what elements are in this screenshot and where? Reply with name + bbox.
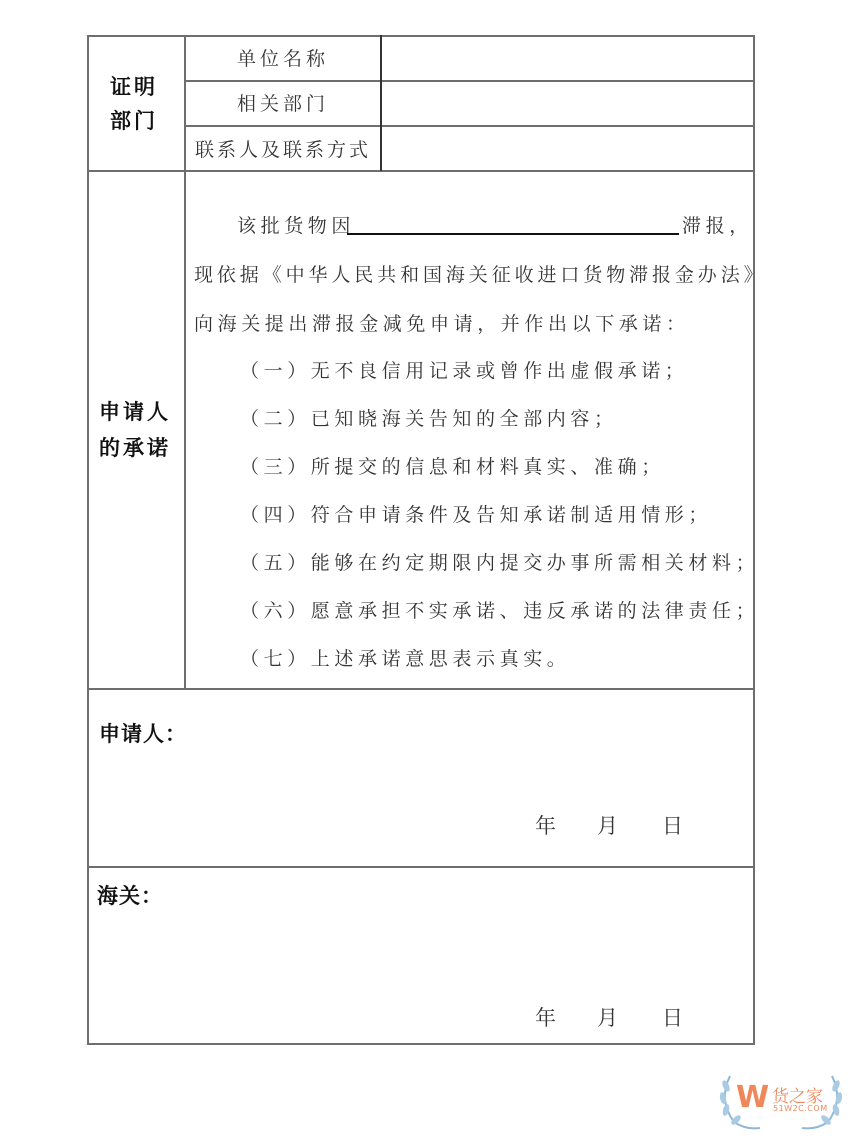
table-border-right [753, 35, 755, 1045]
header-line: 部门 [110, 104, 158, 138]
commitment-line3: 向海关提出滞报金减免申请，并作出以下承诺： [194, 309, 690, 336]
field-unit-name[interactable] [383, 37, 752, 79]
commitment-line2: 现依据《中华人民共和国海关征收进口货物滞报金办法》 [194, 260, 767, 287]
commitment-item: （三）所提交的信息和材料真实、准确； [240, 452, 665, 479]
label-related-dept: 相关部门 [186, 89, 380, 116]
column-divider [380, 35, 382, 171]
label-contact: 联系人及联系方式 [186, 135, 380, 162]
reason-blank-line[interactable] [347, 233, 679, 235]
section-divider [87, 866, 755, 868]
applicant-label: 申请人： [99, 718, 187, 748]
customs-date-month: 月 [597, 1002, 618, 1032]
column-divider [184, 35, 186, 690]
header-line: 的承诺 [99, 430, 171, 466]
certifying-dept-header: 证明 部门 [110, 70, 158, 138]
commitment-header: 申请人 的承诺 [99, 394, 171, 466]
section-divider [87, 688, 755, 690]
field-contact[interactable] [383, 127, 752, 169]
watermark-logo: W 货之家 51W2C.COM [716, 1072, 846, 1132]
applicant-date-day: 日 [662, 810, 683, 840]
header-line: 申请人 [99, 394, 171, 430]
applicant-date-year: 年 [535, 810, 556, 840]
commitment-intro-prefix: 该批货物因 [237, 211, 355, 238]
applicant-date-month: 月 [597, 810, 618, 840]
watermark-domain: 51W2C.COM [773, 1104, 828, 1113]
commitment-item: （二）已知晓海关告知的全部内容； [240, 404, 618, 431]
customs-date-year: 年 [535, 1002, 556, 1032]
commitment-item: （五）能够在约定期限内提交办事所需相关材料； [240, 548, 759, 575]
customs-date-day: 日 [662, 1002, 683, 1032]
watermark-w-letter: W [736, 1080, 769, 1115]
customs-signature-area[interactable] [200, 920, 740, 980]
commitment-item: （六）愿意承担不实承诺、违反承诺的法律责任； [240, 596, 759, 623]
applicant-signature-area[interactable] [200, 750, 740, 800]
table-border-left [87, 35, 89, 1045]
commitment-item: （四）符合申请条件及告知承诺制适用情形； [240, 500, 712, 527]
table-border-bottom [87, 1043, 755, 1045]
customs-label: 海关： [97, 880, 163, 910]
commitment-item: （一）无不良信用记录或曾作出虚假承诺； [240, 356, 688, 383]
commitment-item: （七）上述承诺意思表示真实。 [240, 644, 570, 671]
commitment-intro-suffix: 滞报， [682, 211, 753, 238]
section-divider [87, 170, 755, 172]
field-related-dept[interactable] [383, 82, 752, 124]
label-unit-name: 单位名称 [186, 44, 380, 71]
header-line: 证明 [110, 70, 158, 104]
